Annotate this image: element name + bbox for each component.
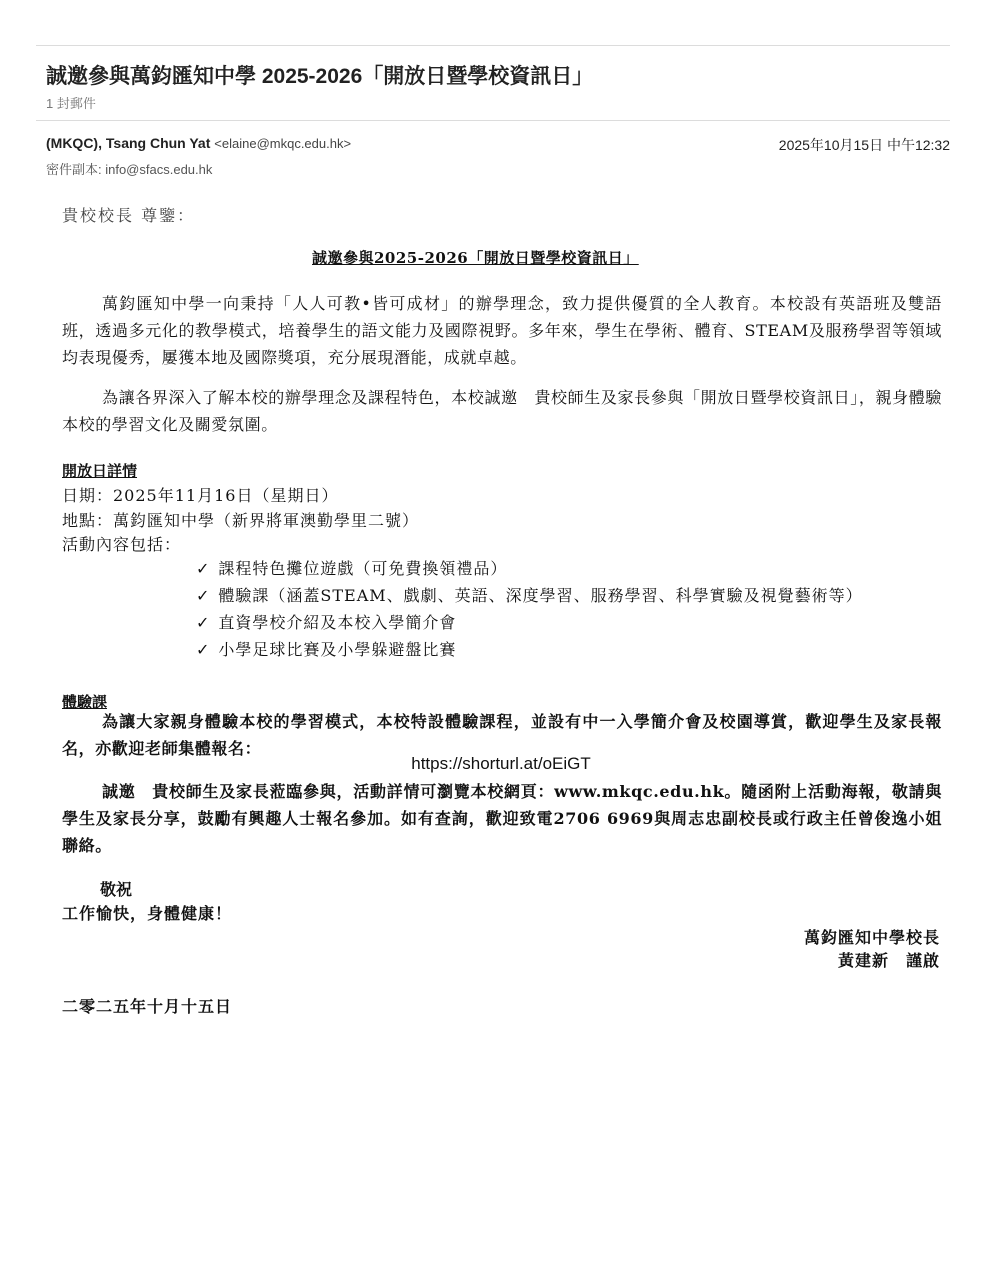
sender-name: Tsang Chun Yat <box>102 135 214 151</box>
email-subject: 誠邀參與萬鈞匯知中學 2025-2026「開放日暨學校資訊日」 <box>46 60 593 90</box>
registration-link[interactable]: https://shorturl.at/oEiGT <box>0 754 1002 774</box>
activity-text: 體驗課（涵蓋STEAM、戲劇、英語、深度學習、服務學習、科學實驗及視覺藝術等） <box>218 586 862 605</box>
email-date: 2025年10月15日 中午12:32 <box>779 135 950 155</box>
salutation: 貴校校長 尊鑒： <box>62 202 195 229</box>
check-icon: ✓ <box>196 613 210 632</box>
sender-email[interactable]: <elaine@mkqc.edu.hk> <box>214 136 351 151</box>
header-divider-bottom <box>36 120 950 121</box>
event-venue: 地點：萬鈞匯知中學（新界將軍澳勤學里二號） <box>62 507 419 534</box>
paragraph-invitation: 為讓各界深入了解本校的辦學理念及課程特色，本校誠邀 貴校師生及家長參與「開放日暨… <box>62 384 942 438</box>
paragraph-contact: 誠邀 貴校師生及家長蒞臨參與，活動詳情可瀏覽本校網頁：www.mkqc.edu.… <box>62 778 942 859</box>
activities-label: 活動內容包括： <box>62 531 181 558</box>
letter-date: 二零二五年十月十五日 <box>62 993 232 1020</box>
closing-wish: 工作愉快，身體健康！ <box>62 900 232 927</box>
activity-text: 直資學校介紹及本校入學簡介會 <box>218 613 456 632</box>
event-date: 日期：2025年11月16日（星期日） <box>62 482 338 509</box>
signature-name: 黃建新 謹啟 <box>838 947 940 974</box>
activity-item: ✓體驗課（涵蓋STEAM、戲劇、英語、深度學習、服務學習、科學實驗及視覺藝術等） <box>196 582 863 609</box>
activity-text: 課程特色攤位遊戲（可免費換領禮品） <box>218 559 507 578</box>
check-icon: ✓ <box>196 586 210 605</box>
message-count: 1 封郵件 <box>46 93 96 112</box>
letter-title: 誠邀參與2025-2026「開放日暨學校資訊日」 <box>312 245 639 272</box>
check-icon: ✓ <box>196 559 210 578</box>
activity-item: ✓直資學校介紹及本校入學簡介會 <box>196 609 863 636</box>
closing-greeting: 敬祝 <box>100 876 132 903</box>
sender-org: (MKQC), <box>46 135 102 151</box>
bcc-line: 密件副本: info@sfacs.edu.hk <box>46 159 212 178</box>
activity-text: 小學足球比賽及小學躲避盤比賽 <box>218 640 456 659</box>
check-icon: ✓ <box>196 640 210 659</box>
paragraph-intro: 萬鈞匯知中學一向秉持「人人可教•皆可成材」的辦學理念，致力提供優質的全人教育。本… <box>62 290 942 371</box>
activity-list: ✓課程特色攤位遊戲（可免費換領禮品） ✓體驗課（涵蓋STEAM、戲劇、英語、深度… <box>196 555 863 663</box>
header-divider-top <box>36 45 950 46</box>
open-day-details-heading: 開放日詳情 <box>62 458 137 485</box>
activity-item: ✓課程特色攤位遊戲（可免費換領禮品） <box>196 555 863 582</box>
activity-item: ✓小學足球比賽及小學躲避盤比賽 <box>196 636 863 663</box>
sender-line: (MKQC), Tsang Chun Yat <elaine@mkqc.edu.… <box>46 135 351 151</box>
